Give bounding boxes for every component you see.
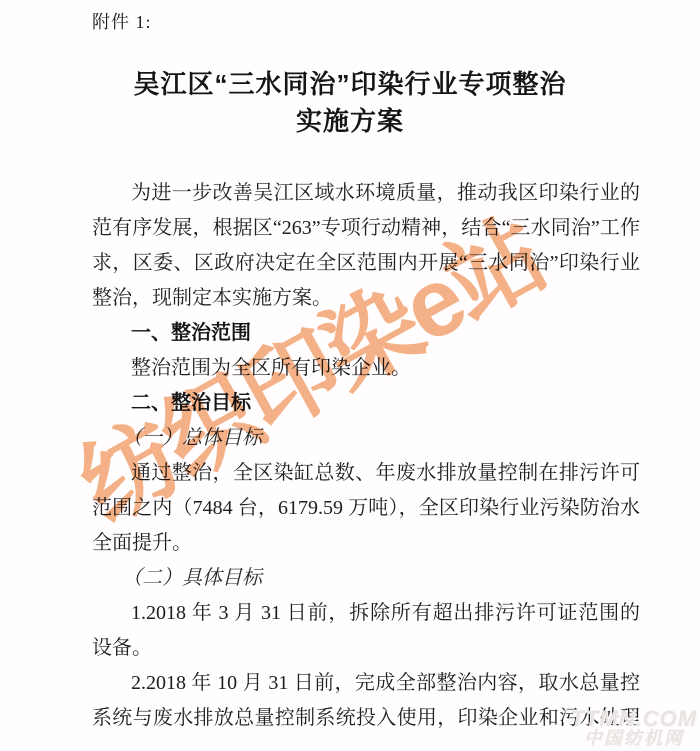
document-body: 为进一步改善吴江区域水环境质量，推动我区印染行业的规 范有序发展，根据区“263… [92,176,640,736]
body-line: 整治范围为全区所有印染企业。 [92,351,640,386]
attachment-label: 附件 1: [92,8,152,34]
body-line: 系统与废水排放总量控制系统投入使用，印染企业和污水处理厂 [92,701,640,736]
corner-watermark: TTMN.COM 中国纺机网 [570,708,697,748]
corner-watermark-name: 中国纺机网 [570,729,697,748]
body-line: 范围之内（7484 台，6179.59 万吨），全区印染行业污染防治水平 [92,491,640,526]
body-line: 设备。 [92,631,640,666]
body-line: 求，区委、区政府决定在全区范围内开展“三水同治”印染行业专项 [92,246,640,281]
corner-watermark-site: TTMN.COM [570,708,697,729]
document-title: 吴江区“三水同治”印染行业专项整治 实施方案 [0,66,700,140]
sub-heading: （一）总体目标 [92,421,640,456]
sub-heading: （二）具体目标 [92,561,640,596]
body-line: 整治，现制定本实施方案。 [92,281,640,316]
title-line-1: 吴江区“三水同治”印染行业专项整治 [0,66,700,103]
body-line: 1.2018 年 3 月 31 日前，拆除所有超出排污许可证范围的生产 [92,596,640,631]
body-line: 为进一步改善吴江区域水环境质量，推动我区印染行业的规 [92,176,640,211]
body-line: 全面提升。 [92,526,640,561]
body-line: 范有序发展，根据区“263”专项行动精神，结合“三水同治”工作要 [92,211,640,246]
body-line: 通过整治，全区染缸总数、年废水排放量控制在排污许可证 [92,456,640,491]
title-line-2: 实施方案 [0,103,700,140]
section-heading: 二、整治目标 [92,386,640,421]
section-heading: 一、整治范围 [92,316,640,351]
body-line: 2.2018 年 10 月 31 日前，完成全部整治内容，取水总量控制 [92,666,640,701]
document-page: 附件 1: 吴江区“三水同治”印染行业专项整治 实施方案 为进一步改善吴江区域水… [0,0,700,751]
